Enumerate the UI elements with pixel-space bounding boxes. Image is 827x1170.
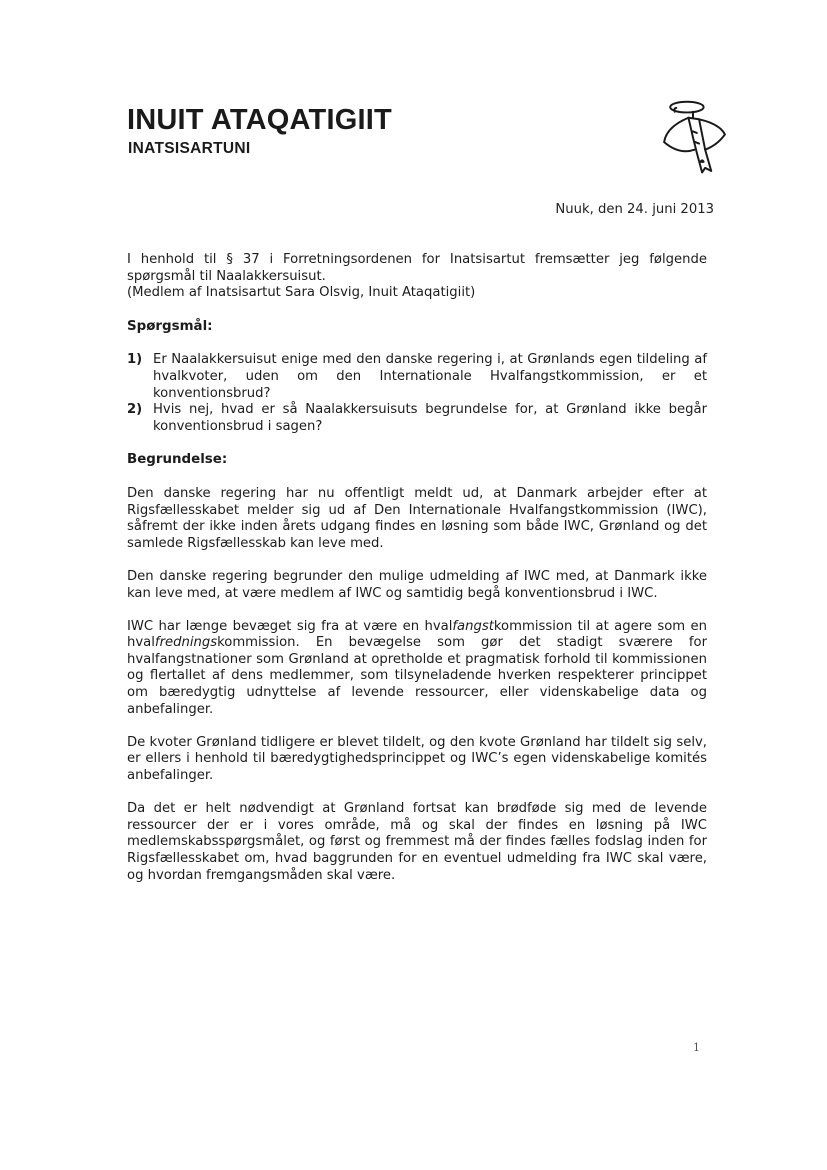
italic-run: frednings [155, 635, 217, 650]
document-body: I henhold til § 37 i Forretningsordenen … [127, 252, 707, 884]
paragraph-quotas: De kvoter Grønland tidligere er blevet t… [127, 735, 707, 785]
member-line: (Medlem af Inatsisartut Sara Olsvig, Inu… [127, 285, 707, 302]
question-item: 1) Er Naalakkersuisut enige med den dans… [127, 352, 707, 402]
italic-run: fangst [452, 619, 494, 634]
paragraph-iwc-shift: IWC har længe bevæget sig fra at være en… [127, 619, 707, 719]
organization-subtitle: INATSISARTUNI [128, 140, 250, 158]
date-line: Nuuk, den 24. juni 2013 [555, 202, 714, 217]
question-number: 1) [127, 352, 142, 369]
paragraph-conclusion: Da det er helt nødvendigt at Grønland fo… [127, 801, 707, 884]
question-text: Hvis nej, hvad er så Naalakkersuisuts be… [153, 402, 707, 434]
questions-heading: Spørgsmål: [127, 319, 707, 336]
document-page: INUIT ATAQATIGIIT INATSISARTUNI Nuuk, de… [0, 0, 827, 1170]
page-number: 1 [693, 1041, 700, 1054]
intro-text: I henhold til § 37 i Forretningsordenen … [127, 252, 707, 285]
paragraph-announcement: Den danske regering har nu offentligt me… [127, 486, 707, 552]
questions-list: 1) Er Naalakkersuisut enige med den dans… [127, 352, 707, 435]
question-number: 2) [127, 402, 142, 419]
question-text: Er Naalakkersuisut enige med den danske … [153, 352, 707, 400]
reasoning-heading: Begrundelse: [127, 452, 707, 469]
organization-name: INUIT ATAQATIGIIT [127, 103, 392, 137]
question-item: 2) Hvis nej, hvad er så Naalakkersuisuts… [127, 402, 707, 435]
paragraph-justification: Den danske regering begrunder den mulige… [127, 569, 707, 602]
party-logo-icon [655, 96, 731, 176]
text-run: IWC har længe bevæget sig fra at være en… [127, 619, 452, 634]
